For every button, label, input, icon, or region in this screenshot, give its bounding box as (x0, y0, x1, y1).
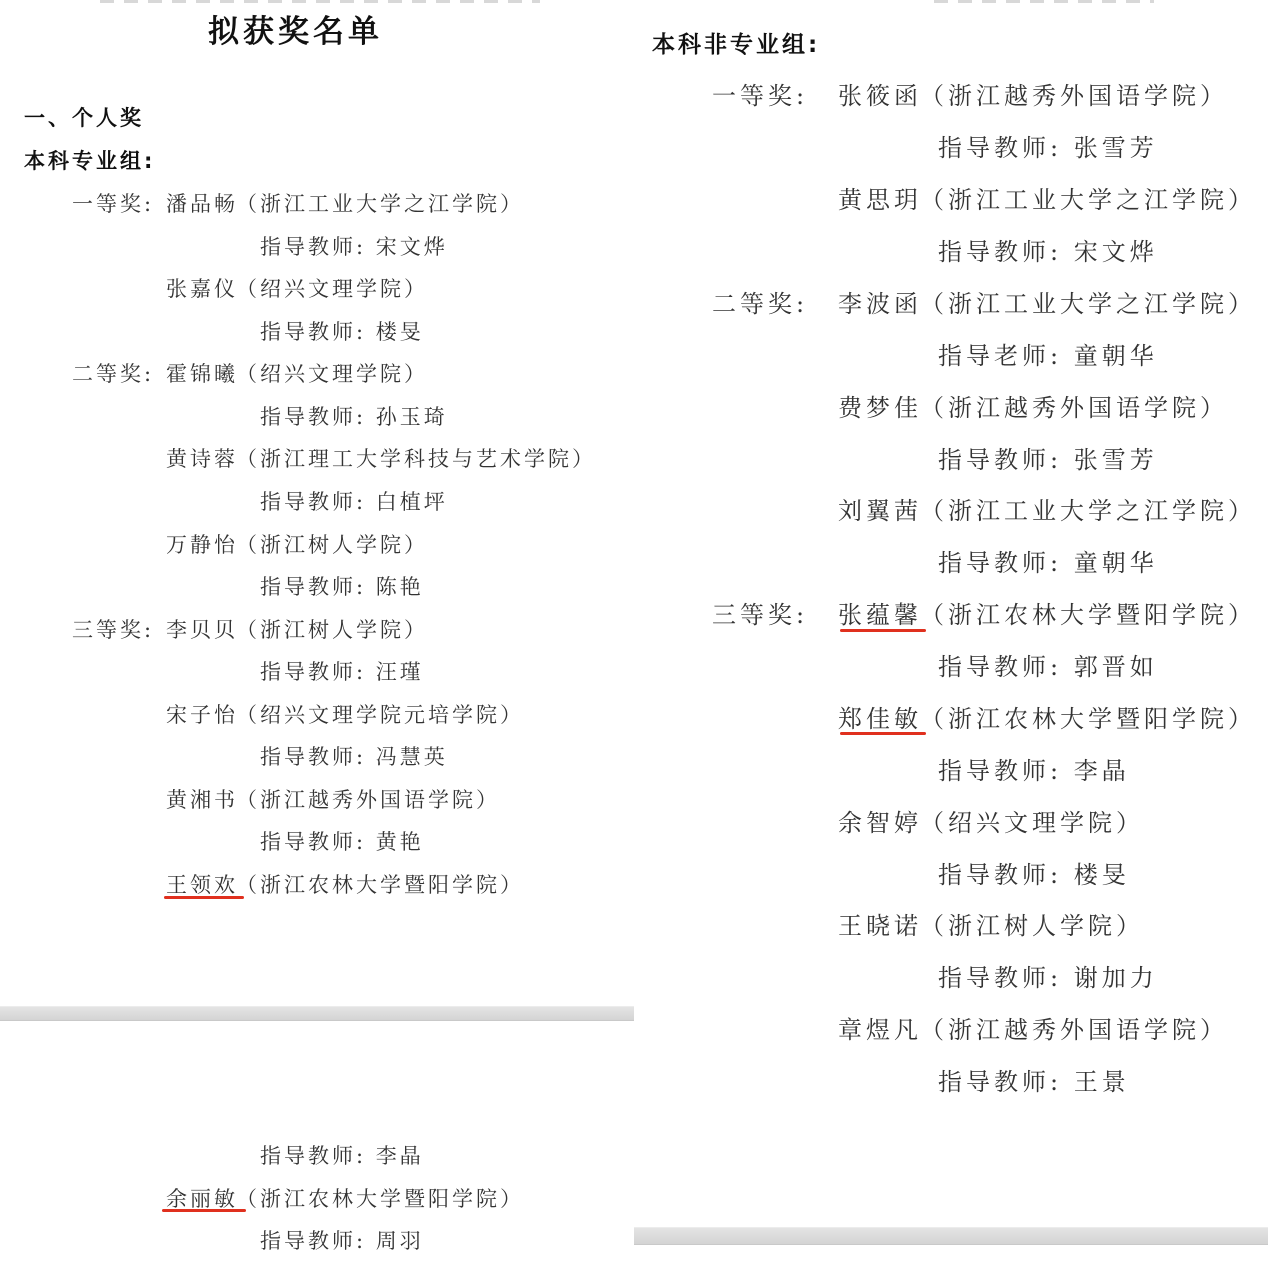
advisor: 指导教师: 汪瑾 (260, 656, 424, 686)
winner-school: （浙江树人学院） (920, 906, 1144, 941)
winner-school: （浙江越秀外国语学院） (920, 76, 1228, 111)
advisor: 指导教师: 白植坪 (260, 486, 448, 516)
left-page-continued: 指导教师: 李晶 余丽敏 （浙江农林大学暨阳学院） 指导教师: 周羽 (0, 1021, 634, 1268)
winner-name-highlighted: 王领欢 (166, 869, 238, 899)
winner-name-highlighted: 郑佳敏 (838, 699, 922, 734)
advisor: 指导教师: 李晶 (260, 1140, 424, 1170)
page-separator (634, 1227, 1268, 1245)
winner-name: 张嘉仪 (166, 273, 238, 303)
left-page: 拟获奖名单 一、个人奖 本科专业组: 一等奖: 潘品畅 （浙江工业大学之江学院）… (0, 0, 634, 1006)
prize-level: 一等奖: (712, 76, 808, 111)
winner-name: 章煜凡 (838, 1010, 922, 1045)
winner-school: （绍兴文理学院） (920, 803, 1144, 838)
winner-school: （浙江农林大学暨阳学院） (920, 595, 1256, 630)
winner-name: 张筱函 (838, 76, 922, 111)
advisor: 指导教师: 孙玉琦 (260, 401, 448, 431)
red-underline (162, 1209, 246, 1212)
winner-name: 黄思玥 (838, 180, 922, 215)
winner-name: 黄湘书 (166, 784, 238, 814)
advisor: 指导教师: 周羽 (260, 1225, 424, 1255)
prize-level: 一等奖: (72, 188, 154, 218)
winner-name: 黄诗蓉 (166, 443, 238, 473)
winner-school: （浙江越秀外国语学院） (920, 1010, 1228, 1045)
winner-school: （浙江农林大学暨阳学院） (236, 1183, 524, 1213)
winner-school: （绍兴文理学院） (236, 273, 428, 303)
red-underline (840, 732, 926, 735)
winner-name: 余智婷 (838, 803, 922, 838)
winner-school: （浙江工业大学之江学院） (920, 284, 1256, 319)
advisor: 指导教师: 宋文烨 (260, 231, 448, 261)
winner-school: （绍兴文理学院） (236, 358, 428, 388)
winner-school: （绍兴文理学院元培学院） (236, 699, 524, 729)
advisor: 指导教师: 王景 (938, 1062, 1130, 1097)
advisor: 指导教师: 张雪芳 (938, 440, 1158, 475)
advisor: 指导教师: 童朝华 (938, 543, 1158, 578)
group-heading: 本科非专业组: (652, 26, 820, 59)
advisor: 指导老师: 童朝华 (938, 336, 1158, 371)
advisor: 指导教师: 冯慧英 (260, 741, 448, 771)
advisor: 指导教师: 李晶 (938, 751, 1130, 786)
winner-school: （浙江越秀外国语学院） (236, 784, 500, 814)
winner-name: 李波函 (838, 284, 922, 319)
winner-school: （浙江树人学院） (236, 614, 428, 644)
winner-school: （浙江工业大学之江学院） (236, 188, 524, 218)
winner-name: 霍锦曦 (166, 358, 238, 388)
section-heading: 一、个人奖 (24, 102, 144, 132)
cut-off-line (934, 0, 1154, 6)
advisor: 指导教师: 陈艳 (260, 571, 424, 601)
advisor: 指导教师: 楼旻 (938, 855, 1130, 890)
winner-school: （浙江理工大学科技与艺术学院） (236, 443, 596, 473)
prize-level: 二等奖: (712, 284, 808, 319)
winner-name: 潘品畅 (166, 188, 238, 218)
winner-name: 李贝贝 (166, 614, 238, 644)
advisor: 指导教师: 张雪芳 (938, 128, 1158, 163)
advisor: 指导教师: 谢加力 (938, 958, 1158, 993)
winner-name: 王晓诺 (838, 906, 922, 941)
winner-school: （浙江树人学院） (236, 529, 428, 559)
advisor: 指导教师: 宋文烨 (938, 232, 1158, 267)
winner-school: （浙江工业大学之江学院） (920, 180, 1256, 215)
winner-name: 万静怡 (166, 529, 238, 559)
prize-level: 三等奖: (72, 614, 154, 644)
winner-name-highlighted: 张蕴馨 (838, 595, 922, 630)
group-heading: 本科专业组: (24, 145, 155, 175)
winner-school: （浙江农林大学暨阳学院） (236, 869, 524, 899)
prize-level: 三等奖: (712, 595, 808, 630)
prize-level: 二等奖: (72, 358, 154, 388)
winner-name: 刘翼茜 (838, 491, 922, 526)
red-underline (164, 896, 244, 899)
winner-school: （浙江农林大学暨阳学院） (920, 699, 1256, 734)
page-title: 拟获奖名单 (208, 6, 383, 51)
right-page: 本科非专业组: 一等奖: 张筱函 （浙江越秀外国语学院） 指导教师: 张雪芳 黄… (634, 0, 1268, 1226)
winner-school: （浙江工业大学之江学院） (920, 491, 1256, 526)
advisor: 指导教师: 楼旻 (260, 316, 424, 346)
winner-name: 费梦佳 (838, 388, 922, 423)
advisor: 指导教师: 郭晋如 (938, 647, 1158, 682)
red-underline (840, 629, 926, 632)
winner-name: 宋子怡 (166, 699, 238, 729)
winner-school: （浙江越秀外国语学院） (920, 388, 1228, 423)
advisor: 指导教师: 黄艳 (260, 826, 424, 856)
page-separator (0, 1006, 634, 1021)
